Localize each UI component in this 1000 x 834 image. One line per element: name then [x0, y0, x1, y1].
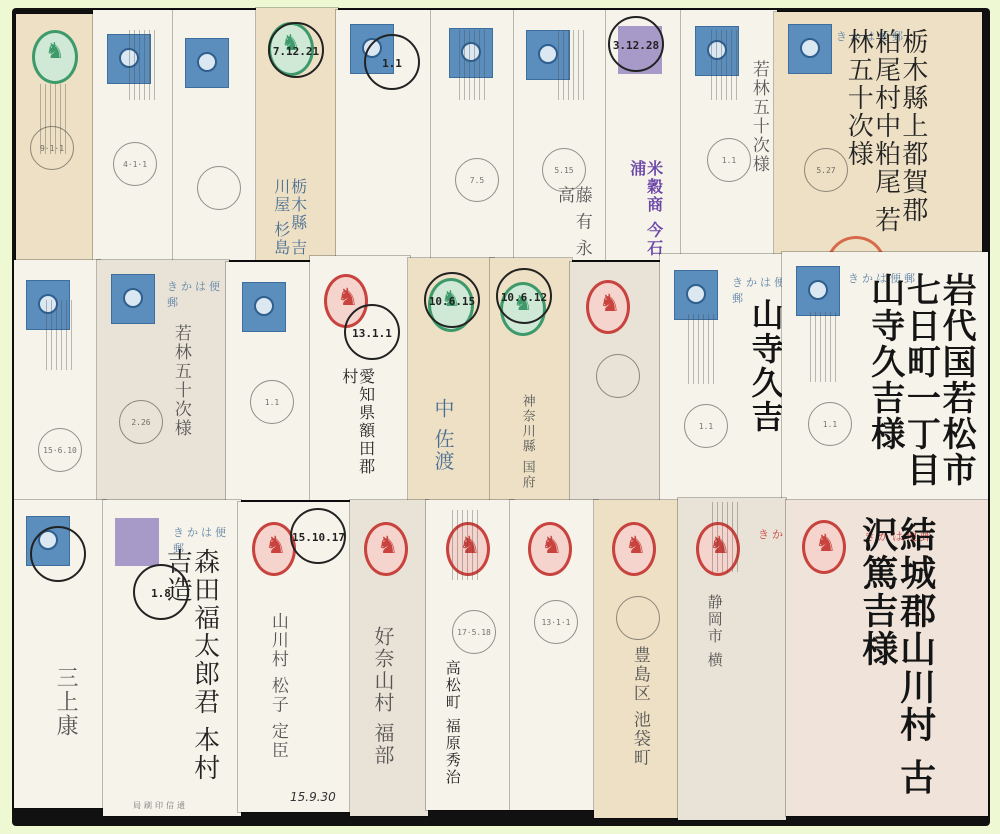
horseman-stamp-icon	[364, 522, 408, 576]
postmark: 1.1	[808, 402, 852, 446]
postmark: 13.1.1	[344, 304, 400, 360]
handwritten-address: 好奈山村 福部	[372, 626, 393, 766]
postcard: 1.1	[336, 10, 432, 260]
handwritten-address: 高松町 福原秀治	[444, 660, 460, 786]
cancellation-lines	[708, 502, 740, 572]
postmark: 1.1	[250, 380, 294, 424]
handwritten-address: 藤 有 永 高	[554, 186, 590, 260]
cancellation-lines	[42, 300, 74, 370]
postmark: 17·5.18	[452, 610, 496, 654]
chrysanthemum-stamp-icon	[115, 518, 159, 566]
postmark: 15·6.10	[38, 428, 82, 472]
horseman-stamp-icon	[802, 520, 846, 574]
handwritten-address: 中 佐渡	[432, 398, 453, 472]
postcard: きかは便郵 結城郡山川村 古沢篤吉様	[786, 500, 988, 816]
postcard: きかは便郵 1.1 山寺久吉	[660, 254, 788, 500]
horseman-stamp-icon	[252, 522, 296, 576]
postcard: 10.6.12 神奈川縣 国府	[490, 258, 572, 500]
handwritten-address: 栃木縣 吉川屋 杉島	[272, 178, 306, 260]
postcard: 9·1·1	[16, 14, 94, 264]
chrysanthemum-stamp-icon	[242, 282, 286, 332]
horseman-stamp-icon	[32, 30, 78, 84]
handwritten-address: 若林五十次様	[749, 60, 767, 174]
postcard	[570, 262, 662, 500]
cancellation-lines	[125, 30, 157, 100]
postcard: きかは便郵 5.27 栃木縣上都賀郡 粕尾村中粕尾 若林五十次様	[774, 12, 982, 260]
postcard: きかは便郵 1.1 岩代国若松市 七日町一丁目 山寺久吉様	[782, 252, 988, 500]
handwritten-address: 岩代国若松市 七日町一丁目 山寺久吉様	[866, 272, 973, 500]
handwritten-address: 栃木縣上都賀郡 粕尾村中粕尾 若林五十次様	[844, 28, 926, 258]
postcard: 1.1	[226, 262, 312, 500]
cancellation-lines	[707, 30, 739, 100]
postcard: 17·5.18 高松町 福原秀治	[426, 500, 514, 810]
chrysanthemum-stamp-icon	[788, 24, 832, 74]
sender-address: 米穀商 今石浦	[628, 160, 662, 260]
postmark	[30, 526, 86, 582]
cancellation-lines	[684, 314, 716, 384]
postmark: 1.1	[707, 138, 751, 182]
postmark: 5.27	[804, 148, 848, 192]
horseman-stamp-icon	[528, 522, 572, 576]
postcard: きかは便郵 2.26 若林五十次様	[97, 260, 229, 500]
postmark	[197, 166, 241, 210]
postmark: 13·1·1	[534, 600, 578, 644]
postcard: 7.12.21 栃木縣 吉川屋 杉島	[256, 8, 338, 260]
cancellation-lines	[448, 510, 480, 580]
cancellation-lines	[806, 312, 838, 382]
postcard: 5.15 藤 有 永 高	[514, 10, 608, 260]
postmark: 10.6.12	[496, 268, 552, 324]
handwritten-address: 森田福太郎君 本村吉造	[163, 548, 218, 796]
postmark: 1.1	[684, 404, 728, 448]
postcard: 4·1·1	[93, 10, 175, 260]
postmark: 7.12.21	[268, 22, 324, 78]
handwritten-address: 若林五十次様	[171, 324, 189, 438]
postmark: 7.5	[455, 158, 499, 202]
chrysanthemum-stamp-icon	[796, 266, 840, 316]
postmark: 2.26	[119, 400, 163, 444]
postcard: 13·1·1	[510, 500, 598, 810]
postmark: 10.6.15	[424, 272, 480, 328]
postmark: 3.12.28	[608, 16, 664, 72]
postmark: 4·1·1	[113, 142, 157, 186]
handwritten-address: 静岡市 横	[706, 594, 722, 669]
printed-header: きかは便郵	[167, 278, 229, 310]
postcard: きか 静岡市 横	[678, 498, 786, 820]
chrysanthemum-stamp-icon	[674, 270, 718, 320]
postmark: 1.1	[364, 34, 420, 90]
postcard: きかは便郵 1.8 森田福太郎君 本村吉造 局刷印信通	[103, 500, 241, 816]
postcard: 3.12.28 米穀商 今石浦	[606, 10, 684, 260]
postmark	[616, 596, 660, 640]
cancellation-lines	[455, 30, 487, 100]
handwritten-address: 神奈川縣 国府	[520, 394, 534, 490]
printed-header: きか	[758, 526, 786, 542]
cancellation-lines	[554, 30, 586, 100]
handwritten-address: 山川村 松子 定臣	[268, 612, 286, 760]
postmark: 15.10.17	[290, 508, 346, 564]
postcard: 三上康	[14, 500, 106, 808]
handwritten-date: 15.9.30	[290, 790, 336, 804]
postmark	[596, 354, 640, 398]
horseman-stamp-icon	[612, 522, 656, 576]
postcard: 好奈山村 福部	[350, 500, 428, 816]
handwritten-address: 愛知県額田郡 村	[340, 368, 374, 500]
horseman-stamp-icon	[586, 280, 630, 334]
postcard: 15.10.17 山川村 松子 定臣 15.9.30	[238, 502, 352, 812]
postcard: 7.5	[431, 10, 515, 260]
handwritten-address: 結城郡山川村 古沢篤吉様	[858, 516, 934, 812]
postcard	[173, 10, 257, 260]
postcard: 10.6.15 中 佐渡	[408, 258, 494, 500]
chrysanthemum-stamp-icon	[185, 38, 229, 88]
handwritten-address: 三上康	[54, 666, 77, 738]
printed-footer: 局刷印信通	[133, 800, 188, 811]
postmark: 9·1·1	[30, 126, 74, 170]
postcard: 15·6.10	[14, 260, 100, 500]
postcard: 豊島区 池袋町	[594, 500, 682, 818]
chrysanthemum-stamp-icon	[111, 274, 155, 324]
handwritten-address: 山寺久吉	[748, 298, 782, 434]
postcard: 13.1.1 愛知県額田郡 村	[310, 256, 410, 500]
handwritten-address: 豊島区 池袋町	[630, 646, 648, 767]
postcard: 1.1 若林五十次様	[681, 10, 777, 260]
